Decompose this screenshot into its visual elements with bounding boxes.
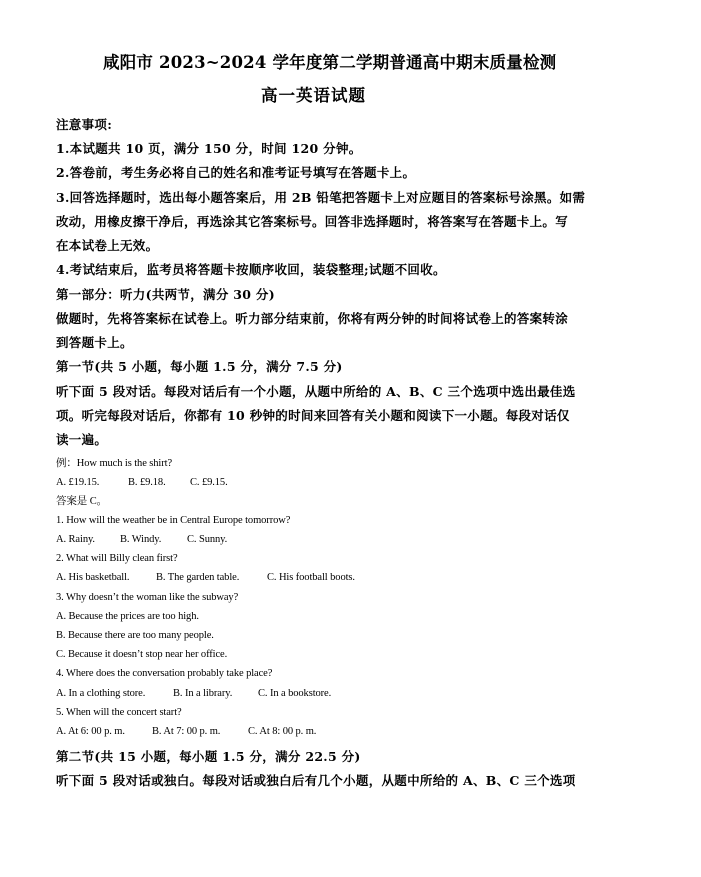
q3-option-c: C. Because it doesn’t stop near her offi… [56, 650, 227, 661]
part1-instruction-1: 做题时，先将答案标在试卷上。听力部分结束前，你将有两分钟的时间将试卷上的答案转涂 [56, 313, 568, 326]
section1-instruction-3: 读一遍。 [56, 434, 107, 447]
part1-heading: 第一部分：听力(共两节，满分 30 分) [56, 289, 275, 302]
notice-item-2: 2.答卷前，考生务必将自己的姓名和准考证号填写在答题卡上。 [56, 167, 415, 180]
q3-option-a: A. Because the prices are too high. [56, 612, 199, 623]
notice-item-3: 3.回答选择题时，选出每小题答案后，用 2B 铅笔把答题卡上对应题目的答案标号涂… [56, 192, 585, 205]
question-1: 1. How will the weather be in Central Eu… [56, 516, 290, 527]
notice-heading: 注意事项: [56, 119, 112, 132]
example-options: A. £19.15.B. £9.18.C. £9.15. [56, 478, 228, 489]
question-1-options: A. Rainy.B. Windy.C. Sunny. [56, 535, 227, 546]
section1-instruction-2: 项。听完每段对话后，你都有 10 秒钟的时间来回答有关小题和阅读下一小题。每段对… [56, 410, 570, 423]
example-question: 例：How much is the shirt? [56, 459, 172, 470]
section1-instruction-1: 听下面 5 段对话。每段对话后有一个小题，从题中所给的 A、B、C 三个选项中选… [56, 386, 576, 399]
q5-option-b: B. At 7: 00 p. m. [152, 727, 248, 738]
q4-option-c: C. In a bookstore. [258, 689, 331, 700]
example-option-b: B. £9.18. [128, 478, 190, 489]
q4-option-b: B. In a library. [173, 689, 258, 700]
example-option-c: C. £9.15. [190, 478, 228, 489]
question-2: 2. What will Billy clean first? [56, 554, 178, 565]
notice-item-4: 4.考试结束后，监考员将答题卡按顺序收回，装袋整理;试题不回收。 [56, 264, 446, 277]
exam-page: 咸阳市 2023~2024 学年度第二学期普通高中期末质量检测 高一英语试题 注… [0, 0, 701, 877]
section1-heading: 第一节(共 5 小题，每小题 1.5 分，满分 7.5 分) [56, 361, 343, 374]
question-2-options: A. His basketball.B. The garden table.C.… [56, 573, 355, 584]
document-subtitle: 高一英语试题 [261, 88, 366, 105]
q5-option-c: C. At 8: 00 p. m. [248, 727, 316, 738]
q3-option-b: B. Because there are too many people. [56, 631, 214, 642]
notice-item-3-end: 在本试卷上无效。 [56, 240, 158, 253]
question-4: 4. Where does the conversation probably … [56, 669, 272, 680]
q2-option-b: B. The garden table. [156, 573, 267, 584]
example-answer: 答案是 C。 [56, 497, 107, 508]
question-5: 5. When will the concert start? [56, 708, 182, 719]
q1-option-b: B. Windy. [120, 535, 187, 546]
q1-option-a: A. Rainy. [56, 535, 120, 546]
q1-option-c: C. Sunny. [187, 535, 227, 546]
notice-item-1: 1.本试题共 10 页，满分 150 分，时间 120 分钟。 [56, 143, 362, 156]
notice-item-3-cont: 改动，用橡皮擦干净后，再选涂其它答案标号。回答非选择题时，将答案写在答题卡上。写 [56, 216, 568, 229]
q4-option-a: A. In a clothing store. [56, 689, 173, 700]
document-title: 咸阳市 2023~2024 学年度第二学期普通高中期末质量检测 [103, 55, 556, 72]
part1-instruction-2: 到答题卡上。 [56, 337, 133, 350]
section2-instruction-1: 听下面 5 段对话或独白。每段对话或独白后有几个小题，从题中所给的 A、B、C … [56, 775, 576, 788]
question-5-options: A. At 6: 00 p. m.B. At 7: 00 p. m.C. At … [56, 727, 316, 738]
q5-option-a: A. At 6: 00 p. m. [56, 727, 152, 738]
q2-option-a: A. His basketball. [56, 573, 156, 584]
section2-heading: 第二节(共 15 小题，每小题 1.5 分，满分 22.5 分) [56, 751, 361, 764]
question-3: 3. Why doesn’t the woman like the subway… [56, 593, 238, 604]
example-option-a: A. £19.15. [56, 478, 128, 489]
q2-option-c: C. His football boots. [267, 573, 355, 584]
question-4-options: A. In a clothing store.B. In a library.C… [56, 689, 331, 700]
